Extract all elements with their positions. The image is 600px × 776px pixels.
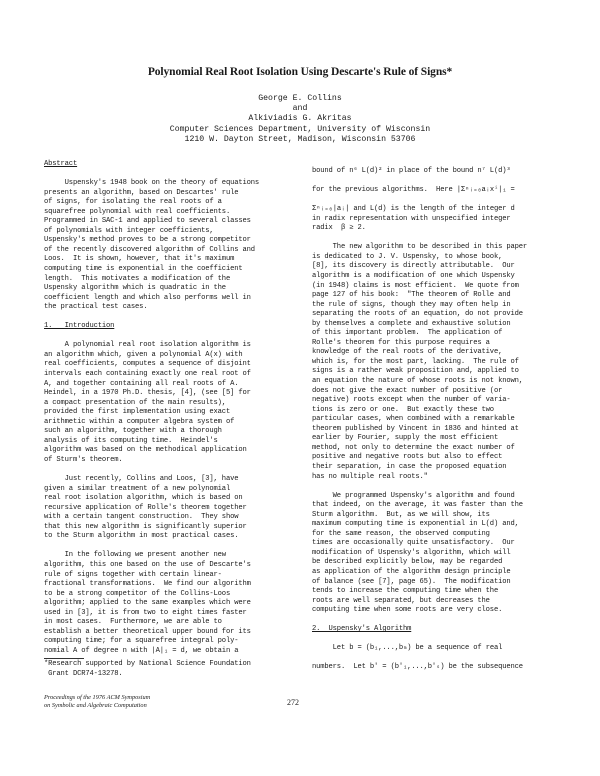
paragraph-gap bbox=[312, 482, 572, 492]
text-line: algorithm; applied to the same examples … bbox=[44, 599, 296, 609]
text-line: recursive application of Rolle's theorem… bbox=[44, 504, 296, 514]
text-line: algorithm is a modification of one which… bbox=[312, 272, 572, 282]
text-line: for the same reason, the observed comput… bbox=[312, 530, 572, 540]
text-line: In the following we present another new bbox=[44, 551, 296, 561]
text-line: real coefficients, computes a sequence o… bbox=[44, 360, 296, 370]
text-line: an equation the nature of whose roots is… bbox=[312, 377, 572, 387]
text-line: provided the first implementation using … bbox=[44, 408, 296, 418]
text-line: computing time is exponential in the coe… bbox=[44, 265, 296, 275]
text-line: earlier by Fourier, supply the most effi… bbox=[312, 434, 572, 444]
text-line: arithmetic within a computer algebra sys… bbox=[44, 418, 296, 428]
text-line: rule of signs together with certain line… bbox=[44, 571, 296, 581]
text-line: of signs, for isolating the real roots o… bbox=[44, 198, 296, 208]
text-line: *Research supported by National Science … bbox=[44, 660, 296, 670]
text-line: A polynomial real root isolation algorit… bbox=[44, 341, 296, 351]
text-line: presents an algorithm, based on Descarte… bbox=[44, 189, 296, 199]
text-line: (in 1948) claims is most efficient. We q… bbox=[312, 282, 572, 292]
text-line: computing time when some roots are very … bbox=[312, 606, 572, 616]
text-line: in radix representation with unspecified… bbox=[312, 215, 572, 225]
text-line: maximum computing time is exponential in… bbox=[312, 520, 572, 530]
text-line: establish a better theoretical upper bou… bbox=[44, 628, 296, 638]
text-line: Uspensky algorithm which is quadratic in… bbox=[44, 284, 296, 294]
text-line: Programmed in SAC-1 and applied to sever… bbox=[44, 217, 296, 227]
text-line: times are occasionally quite unsatisfact… bbox=[312, 539, 572, 549]
text-line: of polynomials with integer coefficients… bbox=[44, 227, 296, 237]
text-line: Uspensky's 1948 book on the theory of eq… bbox=[44, 179, 296, 189]
text-line: such an algorithm, together with a thoro… bbox=[44, 427, 296, 437]
text-line: to be a strong competitor of the Collins… bbox=[44, 590, 296, 600]
text-line: for the previous algorithms. Here |Σⁿᵢ₌₀… bbox=[312, 186, 572, 196]
text-line: does not give the exact number of positi… bbox=[312, 387, 572, 397]
text-line: given a similar treatment of a new polyn… bbox=[44, 485, 296, 495]
text-line: the practical test cases. bbox=[44, 303, 296, 313]
section-heading: Abstract bbox=[44, 160, 296, 170]
text-line: a compact presentation of the main resul… bbox=[44, 399, 296, 409]
text-line: Grant DCR74-13278. bbox=[44, 670, 296, 680]
text-line: in most cases. Furthermore, we are able … bbox=[44, 618, 296, 628]
text-line: A, and together containing all real root… bbox=[44, 380, 296, 390]
text-line: bound of n⁶ L(d)² in place of the bound … bbox=[312, 167, 572, 177]
left-column: Abstract Uspensky's 1948 book on the the… bbox=[44, 160, 296, 680]
text-line: numbers. Let b' = (b'₁,...,b'ₛ) be the s… bbox=[312, 663, 572, 673]
text-line: an algorithm which, given a polynomial A… bbox=[44, 351, 296, 361]
paragraph-gap bbox=[312, 616, 572, 626]
section-heading: 1. Introduction bbox=[44, 322, 296, 332]
text-line: analysis of its computing time. Heindel'… bbox=[44, 437, 296, 447]
text-line: tends to increase the computing time whe… bbox=[312, 587, 572, 597]
text-line: nomial A of degree n with |A|₁ = d, we o… bbox=[44, 647, 296, 657]
text-line: fractional transformations. We find our … bbox=[44, 580, 296, 590]
text-line: of Sturm's theorem. bbox=[44, 456, 296, 466]
text-line: of this important problem. The applicati… bbox=[312, 329, 572, 339]
text-line: signs is a rather weak proposition and, … bbox=[312, 367, 572, 377]
text-line: has no multiple real roots." bbox=[312, 473, 572, 483]
text-line: tions is zero or one. But exactly these … bbox=[312, 406, 572, 416]
paragraph-gap bbox=[312, 234, 572, 244]
paragraph-gap bbox=[312, 635, 572, 645]
paragraph-gap bbox=[44, 313, 296, 323]
text-line: coefficient length and which also perfor… bbox=[44, 294, 296, 304]
footnote-rule bbox=[44, 658, 84, 659]
text-line: of balance (see [7], page 65). The modif… bbox=[312, 578, 572, 588]
text-line: Just recently, Collins and Loos, [3], ha… bbox=[44, 475, 296, 485]
text-line: algorithm, this one based on the use of … bbox=[44, 561, 296, 571]
text-line: that this new algorithm is significantly… bbox=[44, 523, 296, 533]
text-line: radix β ≥ 2. bbox=[312, 224, 572, 234]
paragraph-gap bbox=[44, 332, 296, 342]
paragraph-gap bbox=[312, 196, 572, 206]
paragraph-gap bbox=[312, 177, 572, 187]
text-line: positive and negative roots but also to … bbox=[312, 453, 572, 463]
proceedings-footer: Proceedings of the 1976 ACM Symposium on… bbox=[44, 694, 150, 709]
text-line: theorem published by Vincent in 1836 and… bbox=[312, 425, 572, 435]
text-line: The new algorithm to be described in thi… bbox=[312, 243, 572, 253]
text-line: [8], its discovery is directly attributa… bbox=[312, 262, 572, 272]
paragraph-gap bbox=[44, 466, 296, 476]
text-line: Uspensky's method proves to be a strong … bbox=[44, 236, 296, 246]
text-line: page 127 of his book: "The theorem of Ro… bbox=[312, 291, 572, 301]
paragraph-gap bbox=[44, 542, 296, 552]
text-line: algorithm was based on the methodical ap… bbox=[44, 446, 296, 456]
text-line: their separation, in case the proposed e… bbox=[312, 463, 572, 473]
text-line: be described explicitly below, may be re… bbox=[312, 558, 572, 568]
text-line: is dedicated to J. V. Uspensky, to whose… bbox=[312, 253, 572, 263]
text-line: with a certain tangent construction. The… bbox=[44, 513, 296, 523]
page-number: 272 bbox=[287, 698, 299, 707]
text-line: negative) roots except when the number o… bbox=[312, 396, 572, 406]
paragraph-gap bbox=[312, 654, 572, 664]
paragraph-gap bbox=[44, 170, 296, 180]
text-line: which is, for the most part, lacking. Th… bbox=[312, 358, 572, 368]
section-heading: 2. Uspensky's Algorithm bbox=[312, 625, 572, 635]
text-line: Rolle's theorem for this purpose require… bbox=[312, 339, 572, 349]
text-line: Loos. It is shown, however, that it's ma… bbox=[44, 255, 296, 265]
text-line: Heindel, in a 1970 Ph.D. thesis, [4], (s… bbox=[44, 389, 296, 399]
text-line: used in [3], it is from two to eight tim… bbox=[44, 609, 296, 619]
text-line: Σⁿᵢ₌₀|aᵢ| and L(d) is the length of the … bbox=[312, 205, 572, 215]
text-line: to the Sturm algorithm in most practical… bbox=[44, 532, 296, 542]
text-line: Sturm algorithm. But, as we will show, i… bbox=[312, 511, 572, 521]
text-line: particular cases, when combined with a r… bbox=[312, 415, 572, 425]
text-line: roots are well separated, but decreases … bbox=[312, 597, 572, 607]
text-line: intervals each containing exactly one re… bbox=[44, 370, 296, 380]
text-line: that indeed, on the average, it was fast… bbox=[312, 501, 572, 511]
text-line: Let b = (b₁,...,bₘ) be a sequence of rea… bbox=[312, 644, 572, 654]
text-line: computing time; for a squarefree integra… bbox=[44, 637, 296, 647]
text-line: length. This motivates a modification of… bbox=[44, 275, 296, 285]
text-line: We programmed Uspensky's algorithm and f… bbox=[312, 492, 572, 502]
text-line: by themselves a complete and exhaustive … bbox=[312, 320, 572, 330]
text-line: knowledge of the real roots of the deriv… bbox=[312, 348, 572, 358]
right-column: bound of n⁶ L(d)² in place of the bound … bbox=[312, 167, 572, 673]
text-line: separating the roots of an equation, do … bbox=[312, 310, 572, 320]
text-line: the rule of signs, though they may often… bbox=[312, 301, 572, 311]
text-line: of the recently discovered algorithm of … bbox=[44, 246, 296, 256]
text-line: real root isolation algorithm, which is … bbox=[44, 494, 296, 504]
text-line: squarefree polynomial with real coeffici… bbox=[44, 208, 296, 218]
text-line: method, not only to determine the exact … bbox=[312, 444, 572, 454]
text-line: as application of the algorithm design p… bbox=[312, 568, 572, 578]
paper-title: Polynomial Real Root Isolation Using Des… bbox=[0, 66, 600, 78]
authors-affiliation: George E. Collins and Alkiviadis G. Akri… bbox=[0, 94, 600, 145]
text-line: modification of Uspensky's algorithm, wh… bbox=[312, 549, 572, 559]
